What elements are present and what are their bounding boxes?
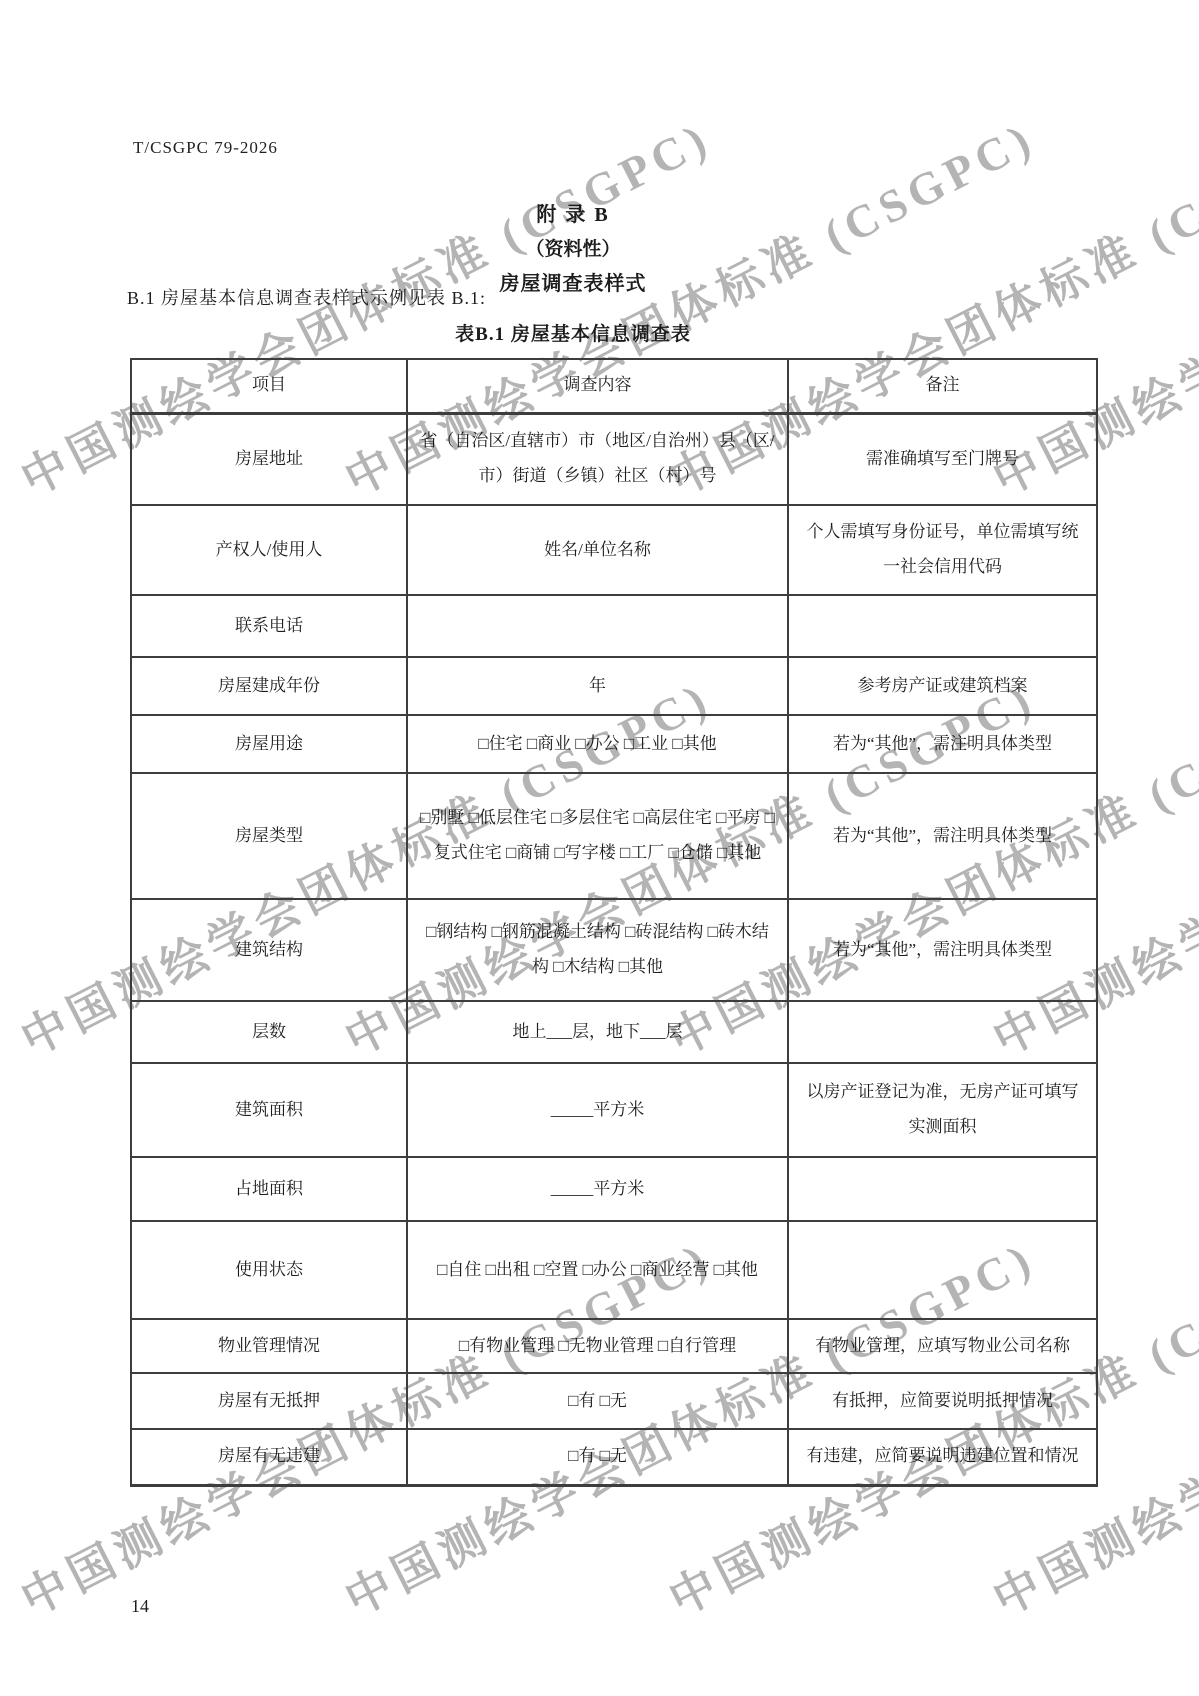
appendix-title: 附 录 B xyxy=(90,198,1056,227)
header-cell-item: 项目 xyxy=(131,359,407,413)
table-row: 层数地上___层，地下___层 xyxy=(131,1001,1097,1063)
table-row: 房屋有无抵押□有 □无有抵押，应简要说明抵押情况 xyxy=(131,1373,1097,1429)
page-number: 14 xyxy=(131,1596,149,1617)
cell-note xyxy=(788,1221,1097,1319)
table-row: 房屋类型□别墅 □低层住宅 □多层住宅 □高层住宅 □平房 □复式住宅 □商铺 … xyxy=(131,773,1097,899)
cell-item: 产权人/使用人 xyxy=(131,505,407,595)
cell-note: 个人需填写身份证号，单位需填写统一社会信用代码 xyxy=(788,505,1097,595)
table-row: 联系电话 xyxy=(131,595,1097,657)
cell-content: □别墅 □低层住宅 □多层住宅 □高层住宅 □平房 □复式住宅 □商铺 □写字楼… xyxy=(407,773,788,899)
cell-content: □钢结构 □钢筋混凝土结构 □砖混结构 □砖木结构 □木结构 □其他 xyxy=(407,899,788,1001)
cell-item: 房屋地址 xyxy=(131,413,407,505)
table-row: 建筑面积_____平方米以房产证登记为准，无房产证可填写实测面积 xyxy=(131,1063,1097,1157)
cell-content: 地上___层，地下___层 xyxy=(407,1001,788,1063)
cell-content: _____平方米 xyxy=(407,1157,788,1221)
cell-note: 有违建，应简要说明违建位置和情况 xyxy=(788,1429,1097,1485)
cell-item: 层数 xyxy=(131,1001,407,1063)
document-page: { "page": { "doc_code": "T/CSGPC 79-2026… xyxy=(0,0,1199,1696)
appendix-heading: 附 录 B （资料性） 房屋调查表样式 xyxy=(90,198,1056,296)
table-caption: 表B.1 房屋基本信息调查表 xyxy=(90,319,1056,346)
table-row: 房屋地址省（自治区/直辖市）市（地区/自治州）县（区/市）街道（乡镇）社区（村）… xyxy=(131,413,1097,505)
cell-note: 若为“其他”，需注明具体类型 xyxy=(788,715,1097,773)
cell-content: □有 □无 xyxy=(407,1373,788,1429)
cell-content: □有物业管理 □无物业管理 □自行管理 xyxy=(407,1319,788,1373)
cell-note: 有物业管理，应填写物业公司名称 xyxy=(788,1319,1097,1373)
cell-item: 占地面积 xyxy=(131,1157,407,1221)
header-cell-content: 调查内容 xyxy=(407,359,788,413)
cell-note: 若为“其他”，需注明具体类型 xyxy=(788,773,1097,899)
cell-item: 使用状态 xyxy=(131,1221,407,1319)
cell-content: □住宅 □商业 □办公 □工业 □其他 xyxy=(407,715,788,773)
cell-item: 建筑面积 xyxy=(131,1063,407,1157)
cell-content xyxy=(407,595,788,657)
cell-note: 若为“其他”，需注明具体类型 xyxy=(788,899,1097,1001)
survey-table: 项目 调查内容 备注 房屋地址省（自治区/直辖市）市（地区/自治州）县（区/市）… xyxy=(130,358,1098,1487)
cell-note xyxy=(788,595,1097,657)
cell-content: □有 □无 xyxy=(407,1429,788,1485)
table-row: 占地面积_____平方米 xyxy=(131,1157,1097,1221)
cell-content: 姓名/单位名称 xyxy=(407,505,788,595)
table-row: 房屋有无违建□有 □无有违建，应简要说明违建位置和情况 xyxy=(131,1429,1097,1485)
table-row: 房屋用途□住宅 □商业 □办公 □工业 □其他若为“其他”，需注明具体类型 xyxy=(131,715,1097,773)
cell-note: 参考房产证或建筑档案 xyxy=(788,657,1097,715)
header-cell-note: 备注 xyxy=(788,359,1097,413)
table-header-row: 项目 调查内容 备注 xyxy=(131,359,1097,413)
cell-item: 房屋建成年份 xyxy=(131,657,407,715)
appendix-subtitle: （资料性） xyxy=(90,234,1056,261)
doc-code: T/CSGPC 79-2026 xyxy=(133,138,278,158)
cell-note: 需准确填写至门牌号 xyxy=(788,413,1097,505)
cell-item: 联系电话 xyxy=(131,595,407,657)
cell-item: 房屋类型 xyxy=(131,773,407,899)
cell-content: □自住 □出租 □空置 □办公 □商业经营 □其他 xyxy=(407,1221,788,1319)
cell-note: 有抵押，应简要说明抵押情况 xyxy=(788,1373,1097,1429)
cell-item: 房屋有无违建 xyxy=(131,1429,407,1485)
cell-note xyxy=(788,1001,1097,1063)
intro-paragraph: B.1 房屋基本信息调查表样式示例见表 B.1: xyxy=(127,284,486,310)
table-row: 建筑结构□钢结构 □钢筋混凝土结构 □砖混结构 □砖木结构 □木结构 □其他若为… xyxy=(131,899,1097,1001)
cell-note xyxy=(788,1157,1097,1221)
table-row: 房屋建成年份年参考房产证或建筑档案 xyxy=(131,657,1097,715)
table-row: 物业管理情况□有物业管理 □无物业管理 □自行管理有物业管理，应填写物业公司名称 xyxy=(131,1319,1097,1373)
cell-item: 房屋用途 xyxy=(131,715,407,773)
table-row: 使用状态□自住 □出租 □空置 □办公 □商业经营 □其他 xyxy=(131,1221,1097,1319)
table-row: 产权人/使用人姓名/单位名称个人需填写身份证号，单位需填写统一社会信用代码 xyxy=(131,505,1097,595)
cell-content: 年 xyxy=(407,657,788,715)
cell-content: _____平方米 xyxy=(407,1063,788,1157)
cell-item: 建筑结构 xyxy=(131,899,407,1001)
cell-item: 房屋有无抵押 xyxy=(131,1373,407,1429)
cell-note: 以房产证登记为准，无房产证可填写实测面积 xyxy=(788,1063,1097,1157)
cell-content: 省（自治区/直辖市）市（地区/自治州）县（区/市）街道（乡镇）社区（村）号 xyxy=(407,413,788,505)
cell-item: 物业管理情况 xyxy=(131,1319,407,1373)
